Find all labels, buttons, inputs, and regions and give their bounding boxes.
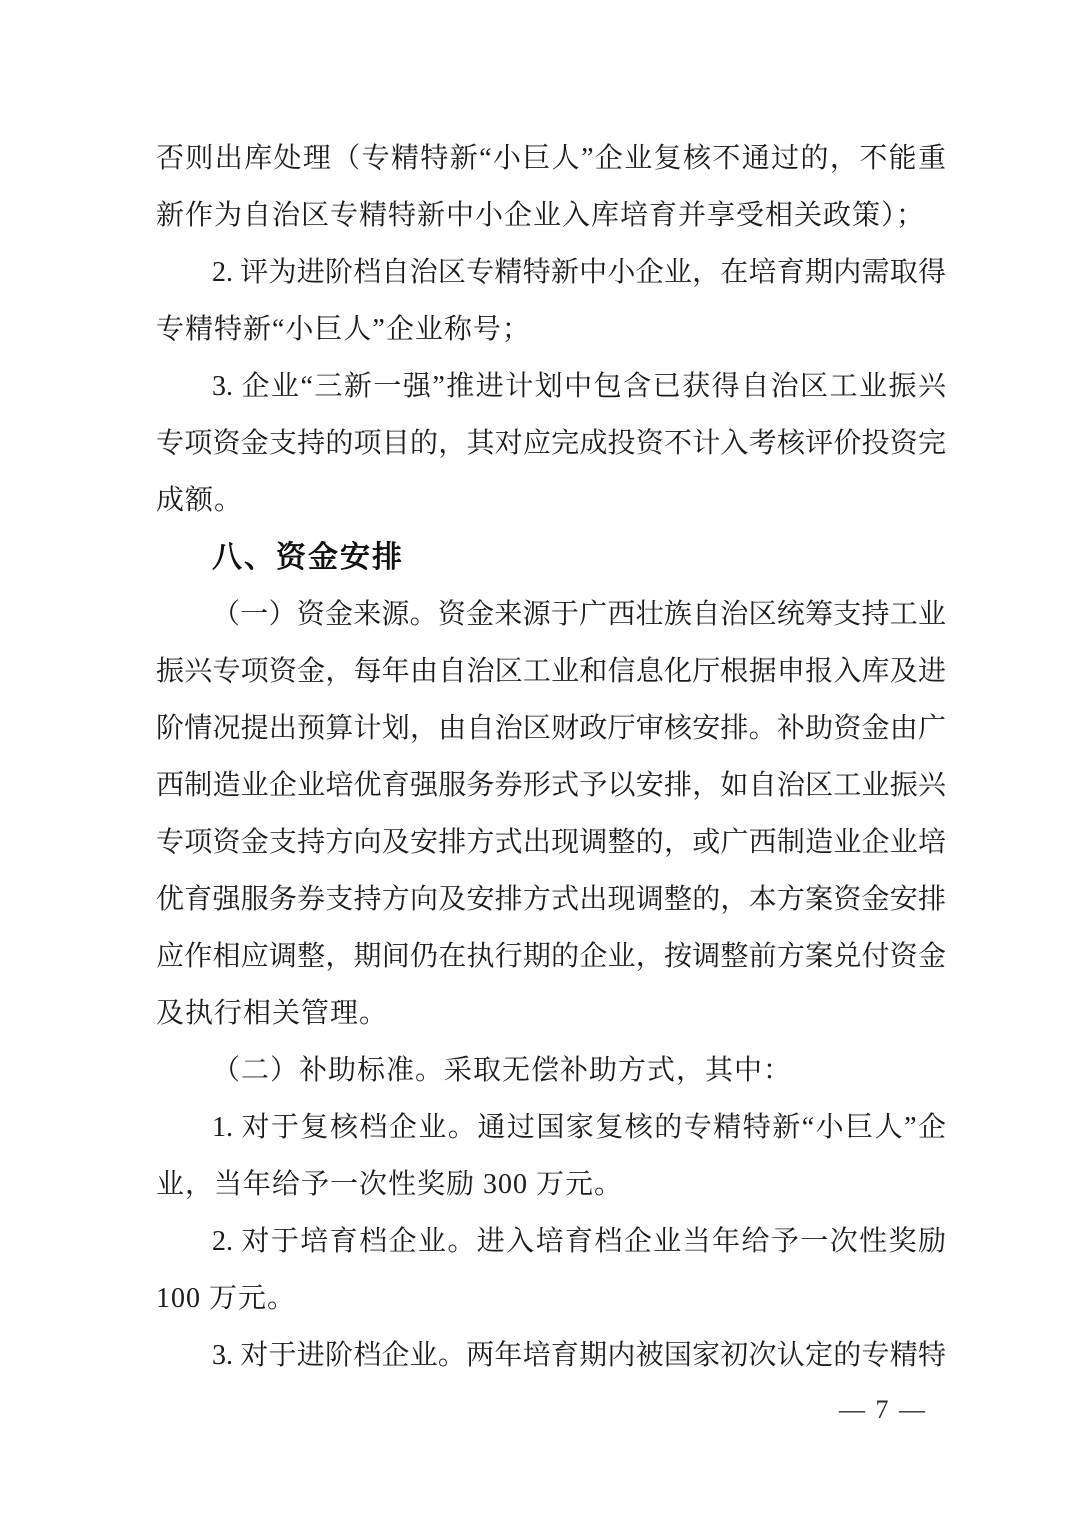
text-line: 专精特新“小巨人”企业称号； [156,301,946,358]
text-line: 否则出库处理（专精特新“小巨人”企业复核不通过的，不能重 [156,130,946,187]
text-line: （一）资金来源。资金来源于广西壮族自治区统筹支持工业 [156,586,946,643]
text-line: 应作相应调整，期间仍在执行期的企业，按调整前方案兑付资金 [156,928,946,985]
text-line: 西制造业企业培优育强服务券形式予以安排，如自治区工业振兴 [156,757,946,814]
text-line: 3. 企业“三新一强”推进计划中包含已获得自治区工业振兴 [156,358,946,415]
document-body: 否则出库处理（专精特新“小巨人”企业复核不通过的，不能重 新作为自治区专精特新中… [156,130,946,1384]
text-line: 2. 评为进阶档自治区专精特新中小企业，在培育期内需取得 [156,244,946,301]
text-line: 优育强服务券支持方向及安排方式出现调整的，本方案资金安排 [156,871,946,928]
text-line: 3. 对于进阶档企业。两年培育期内被国家初次认定的专精特 [156,1327,946,1384]
text-line: 2. 对于培育档企业。进入培育档企业当年给予一次性奖励 [156,1213,946,1270]
text-line: 业，当年给予一次性奖励 300 万元。 [156,1156,946,1213]
text-line: 及执行相关管理。 [156,985,946,1042]
text-line: 100 万元。 [156,1270,946,1327]
document-page: 否则出库处理（专精特新“小巨人”企业复核不通过的，不能重 新作为自治区专精特新中… [0,0,1074,1520]
text-line: 新作为自治区专精特新中小企业入库培育并享受相关政策）； [156,187,946,244]
text-line: 1. 对于复核档企业。通过国家复核的专精特新“小巨人”企 [156,1099,946,1156]
text-line: 专项资金支持方向及安排方式出现调整的，或广西制造业企业培 [156,814,946,871]
page-number: — 7 — [839,1392,927,1428]
text-line: 阶情况提出预算计划，由自治区财政厅审核安排。补助资金由广 [156,700,946,757]
section-heading: 八、资金安排 [156,529,946,586]
text-line: 专项资金支持的项目的，其对应完成投资不计入考核评价投资完 [156,415,946,472]
text-line: 振兴专项资金，每年由自治区工业和信息化厅根据申报入库及进 [156,643,946,700]
text-line: （二）补助标准。采取无偿补助方式，其中： [156,1042,946,1099]
text-line: 成额。 [156,472,946,529]
